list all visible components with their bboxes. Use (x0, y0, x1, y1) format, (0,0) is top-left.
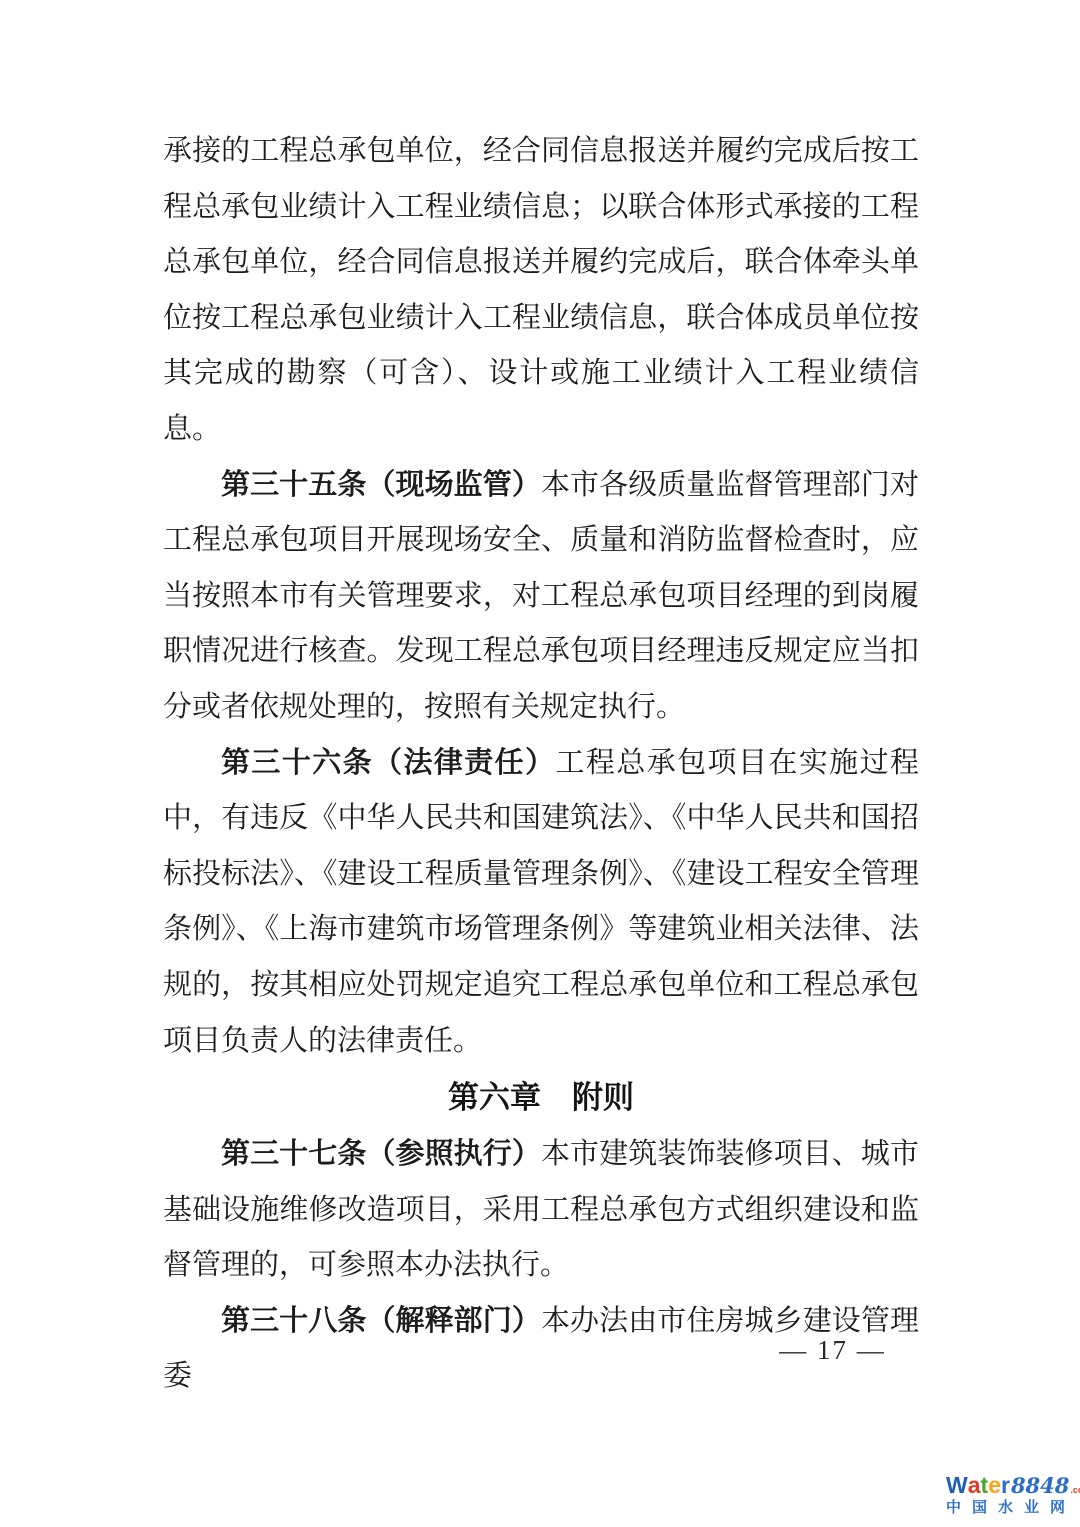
document-body: 承接的工程总承包单位，经合同信息报送并履约完成后按工程总承包业绩计入工程业绩信息… (163, 124, 919, 1405)
watermark-subtitle: 中国水业网 (946, 1500, 1080, 1515)
article-37: 第三十七条（参照执行）本市建筑装饰装修项目、城市基础设施维修改造项目，采用工程总… (163, 1127, 919, 1294)
article-36-title: 第三十六条（法律责任） (221, 747, 556, 779)
article-36-text: 工程总承包项目在实施过程中，有违反《中华人民共和国建筑法》、《中华人民共和国招标… (163, 747, 919, 1057)
watermark-tld: .com (1070, 1486, 1080, 1495)
watermark-logo: W a t e r 8848 .com 中国水业网 (946, 1474, 1078, 1515)
article-38-title: 第三十八条（解释部门） (221, 1305, 541, 1337)
article-35-title: 第三十五条（现场监管） (221, 469, 541, 501)
paragraph-continuation: 承接的工程总承包单位，经合同信息报送并履约完成后按工程总承包业绩计入工程业绩信息… (163, 124, 919, 458)
watermark-letter-e: e (988, 1474, 1001, 1497)
watermark-letter-a: a (968, 1474, 981, 1497)
article-35: 第三十五条（现场监管）本市各级质量监督管理部门对工程总承包项目开展现场安全、质量… (163, 458, 919, 736)
watermark-letter-r: r (1001, 1474, 1010, 1497)
document-page: 承接的工程总承包单位，经合同信息报送并履约完成后按工程总承包业绩计入工程业绩信息… (0, 0, 1080, 1527)
watermark-letter-t: t (981, 1474, 989, 1497)
article-36: 第三十六条（法律责任）工程总承包项目在实施过程中，有违反《中华人民共和国建筑法》… (163, 736, 919, 1070)
page-number: — 17 — (770, 1335, 895, 1366)
article-35-text: 本市各级质量监督管理部门对工程总承包项目开展现场安全、质量和消防监督检查时，应当… (163, 469, 919, 723)
watermark-brand: W a t e r 8848 .com (946, 1474, 1078, 1497)
paragraph-continuation-text: 承接的工程总承包单位，经合同信息报送并履约完成后按工程总承包业绩计入工程业绩信息… (163, 135, 919, 445)
article-37-title: 第三十七条（参照执行） (221, 1138, 541, 1170)
watermark-letter-w: W (946, 1474, 968, 1497)
chapter-6-heading: 第六章 附则 (163, 1069, 919, 1127)
watermark-number: 8848 (1011, 1475, 1069, 1496)
